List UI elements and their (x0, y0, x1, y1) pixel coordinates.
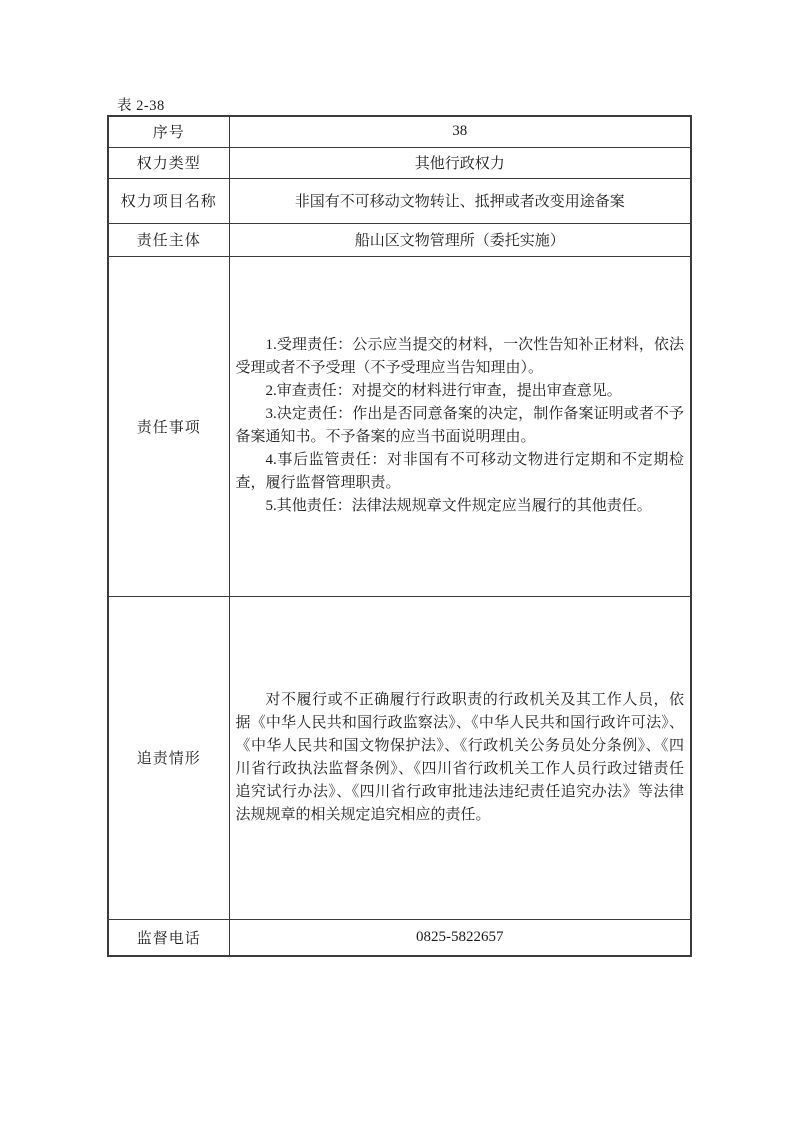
row-label-supervision-phone: 监督电话 (108, 919, 229, 956)
row-value-responsible-subject: 船山区文物管理所（委托实施） (229, 223, 691, 256)
table-row-power-type: 权力类型 其他行政权力 (108, 147, 691, 178)
table-row-responsibility-items: 责任事项 1.受理责任：公示应当提交的材料，一次性告知补正材料，依法受理或者不予… (108, 256, 691, 596)
row-value-serial-number: 38 (229, 116, 691, 147)
responsibility-paragraph-4: 4.事后监管责任：对非国有不可移动文物进行定期和不定期检查，履行监督管理职责。 (236, 449, 685, 495)
responsibility-paragraph-3: 3.决定责任：作出是否同意备案的决定，制作备案证明或者不予备案通知书。不予备案的… (236, 403, 685, 449)
table-row-power-item-name: 权力项目名称 非国有不可移动文物转让、抵押或者改变用途备案 (108, 178, 691, 223)
document-page: 表 2-38 序号 38 权力类型 其他行政权力 权力项目名称 非国有不可移动文… (0, 0, 793, 1122)
table-row-responsible-subject: 责任主体 船山区文物管理所（委托实施） (108, 223, 691, 256)
table-caption: 表 2-38 (117, 94, 165, 115)
row-value-supervision-phone: 0825-5822657 (229, 919, 691, 956)
responsibility-paragraph-5: 5.其他责任：法律法规规章文件规定应当履行的其他责任。 (236, 495, 685, 518)
table-row-serial-number: 序号 38 (108, 116, 691, 147)
row-label-accountability-situations: 追责情形 (108, 596, 229, 919)
row-value-responsibility-items: 1.受理责任：公示应当提交的材料，一次性告知补正材料，依法受理或者不予受理（不予… (229, 256, 691, 596)
row-value-power-type: 其他行政权力 (229, 147, 691, 178)
row-label-responsibility-items: 责任事项 (108, 256, 229, 596)
row-label-serial-number: 序号 (108, 116, 229, 147)
responsibility-paragraph-2: 2.审查责任：对提交的材料进行审查，提出审查意见。 (236, 380, 685, 403)
row-value-power-item-name: 非国有不可移动文物转让、抵押或者改变用途备案 (229, 178, 691, 223)
row-value-accountability-situations: 对不履行或不正确履行行政职责的行政机关及其工作人员，依据《中华人民共和国行政监察… (229, 596, 691, 919)
table-row-accountability-situations: 追责情形 对不履行或不正确履行行政职责的行政机关及其工作人员，依据《中华人民共和… (108, 596, 691, 919)
accountability-paragraph: 对不履行或不正确履行行政职责的行政机关及其工作人员，依据《中华人民共和国行政监察… (236, 689, 685, 827)
row-label-power-item-name: 权力项目名称 (108, 178, 229, 223)
responsibility-table: 序号 38 权力类型 其他行政权力 权力项目名称 非国有不可移动文物转让、抵押或… (107, 115, 692, 957)
row-label-responsible-subject: 责任主体 (108, 223, 229, 256)
row-label-power-type: 权力类型 (108, 147, 229, 178)
table-row-supervision-phone: 监督电话 0825-5822657 (108, 919, 691, 956)
responsibility-paragraph-1: 1.受理责任：公示应当提交的材料，一次性告知补正材料，依法受理或者不予受理（不予… (236, 334, 685, 380)
